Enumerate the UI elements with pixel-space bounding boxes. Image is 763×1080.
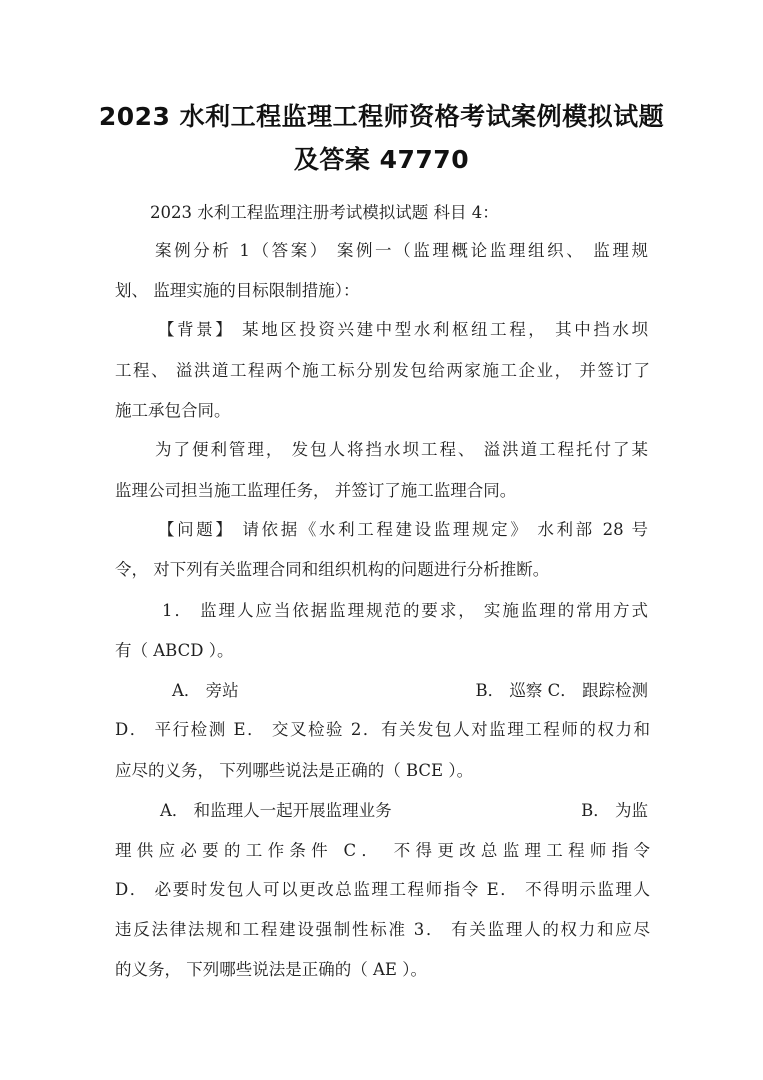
question-2-line: D． 平行检测 E． 交叉检验 2．有关发包人对监理工程师的权力和 [115, 719, 650, 741]
paragraph-line: 为了便利管理， 发包人将挡水坝工程、 溢洪道工程托付了某 [155, 439, 648, 461]
question-line: 令， 对下列有关监理合同和组织机构的问题进行分析推断。 [115, 559, 650, 581]
option-b-c: B． 巡察 C． 跟踪检测 [435, 680, 648, 702]
paragraph-line: 划、 监理实施的目标限制措施）： [115, 280, 650, 302]
question-2-answer: 应尽的义务， 下列哪些说法是正确的（ BCE ）。 [115, 760, 650, 782]
paragraph-line: 案例分析 1（答案） 案例一（监理概论监理组织、 监理规 [155, 240, 648, 262]
option-line: D． 必要时发包人可以更改总监理工程师指令 E． 不得明示监理人 [115, 879, 650, 901]
document-title-line-1: 2023 水利工程监理工程师资格考试案例模拟试题 [0, 97, 763, 133]
background-line: 施工承包合同。 [115, 400, 650, 422]
background-line: 【背景】 某地区投资兴建中型水利枢纽工程， 其中挡水坝 [158, 319, 648, 341]
background-line: 工程、 溢洪道工程两个施工标分别发包给两家施工企业， 并签订了 [115, 360, 650, 382]
paragraph-line: 监理公司担当施工监理任务， 并签订了施工监理合同。 [115, 480, 650, 502]
question-3-answer: 的义务， 下列哪些说法是正确的（ AE ）。 [115, 959, 650, 981]
question-1-answer: 有（ ABCD ）。 [115, 640, 650, 662]
question-3-line: 违反法律法规和工程建设强制性标准 3． 有关监理人的权力和应尽 [115, 919, 650, 941]
option-b: B． 为监 [570, 800, 648, 822]
option-line: 理供应必要的工作条件 C． 不得更改总监理工程师指令 [115, 840, 650, 862]
document-title-line-2: 及答案 47770 [0, 140, 763, 176]
document-page: 2023 水利工程监理工程师资格考试案例模拟试题 及答案 47770 2023 … [0, 0, 763, 1080]
subtitle-line: 2023 水利工程监理注册考试模拟试题 科目 4： [150, 202, 685, 224]
question-1-line: 1． 监理人应当依据监理规范的要求， 实施监理的常用方式 [162, 600, 648, 622]
question-line: 【问题】 请依据《水利工程建设监理规定》 水利部 28 号 [158, 519, 648, 541]
